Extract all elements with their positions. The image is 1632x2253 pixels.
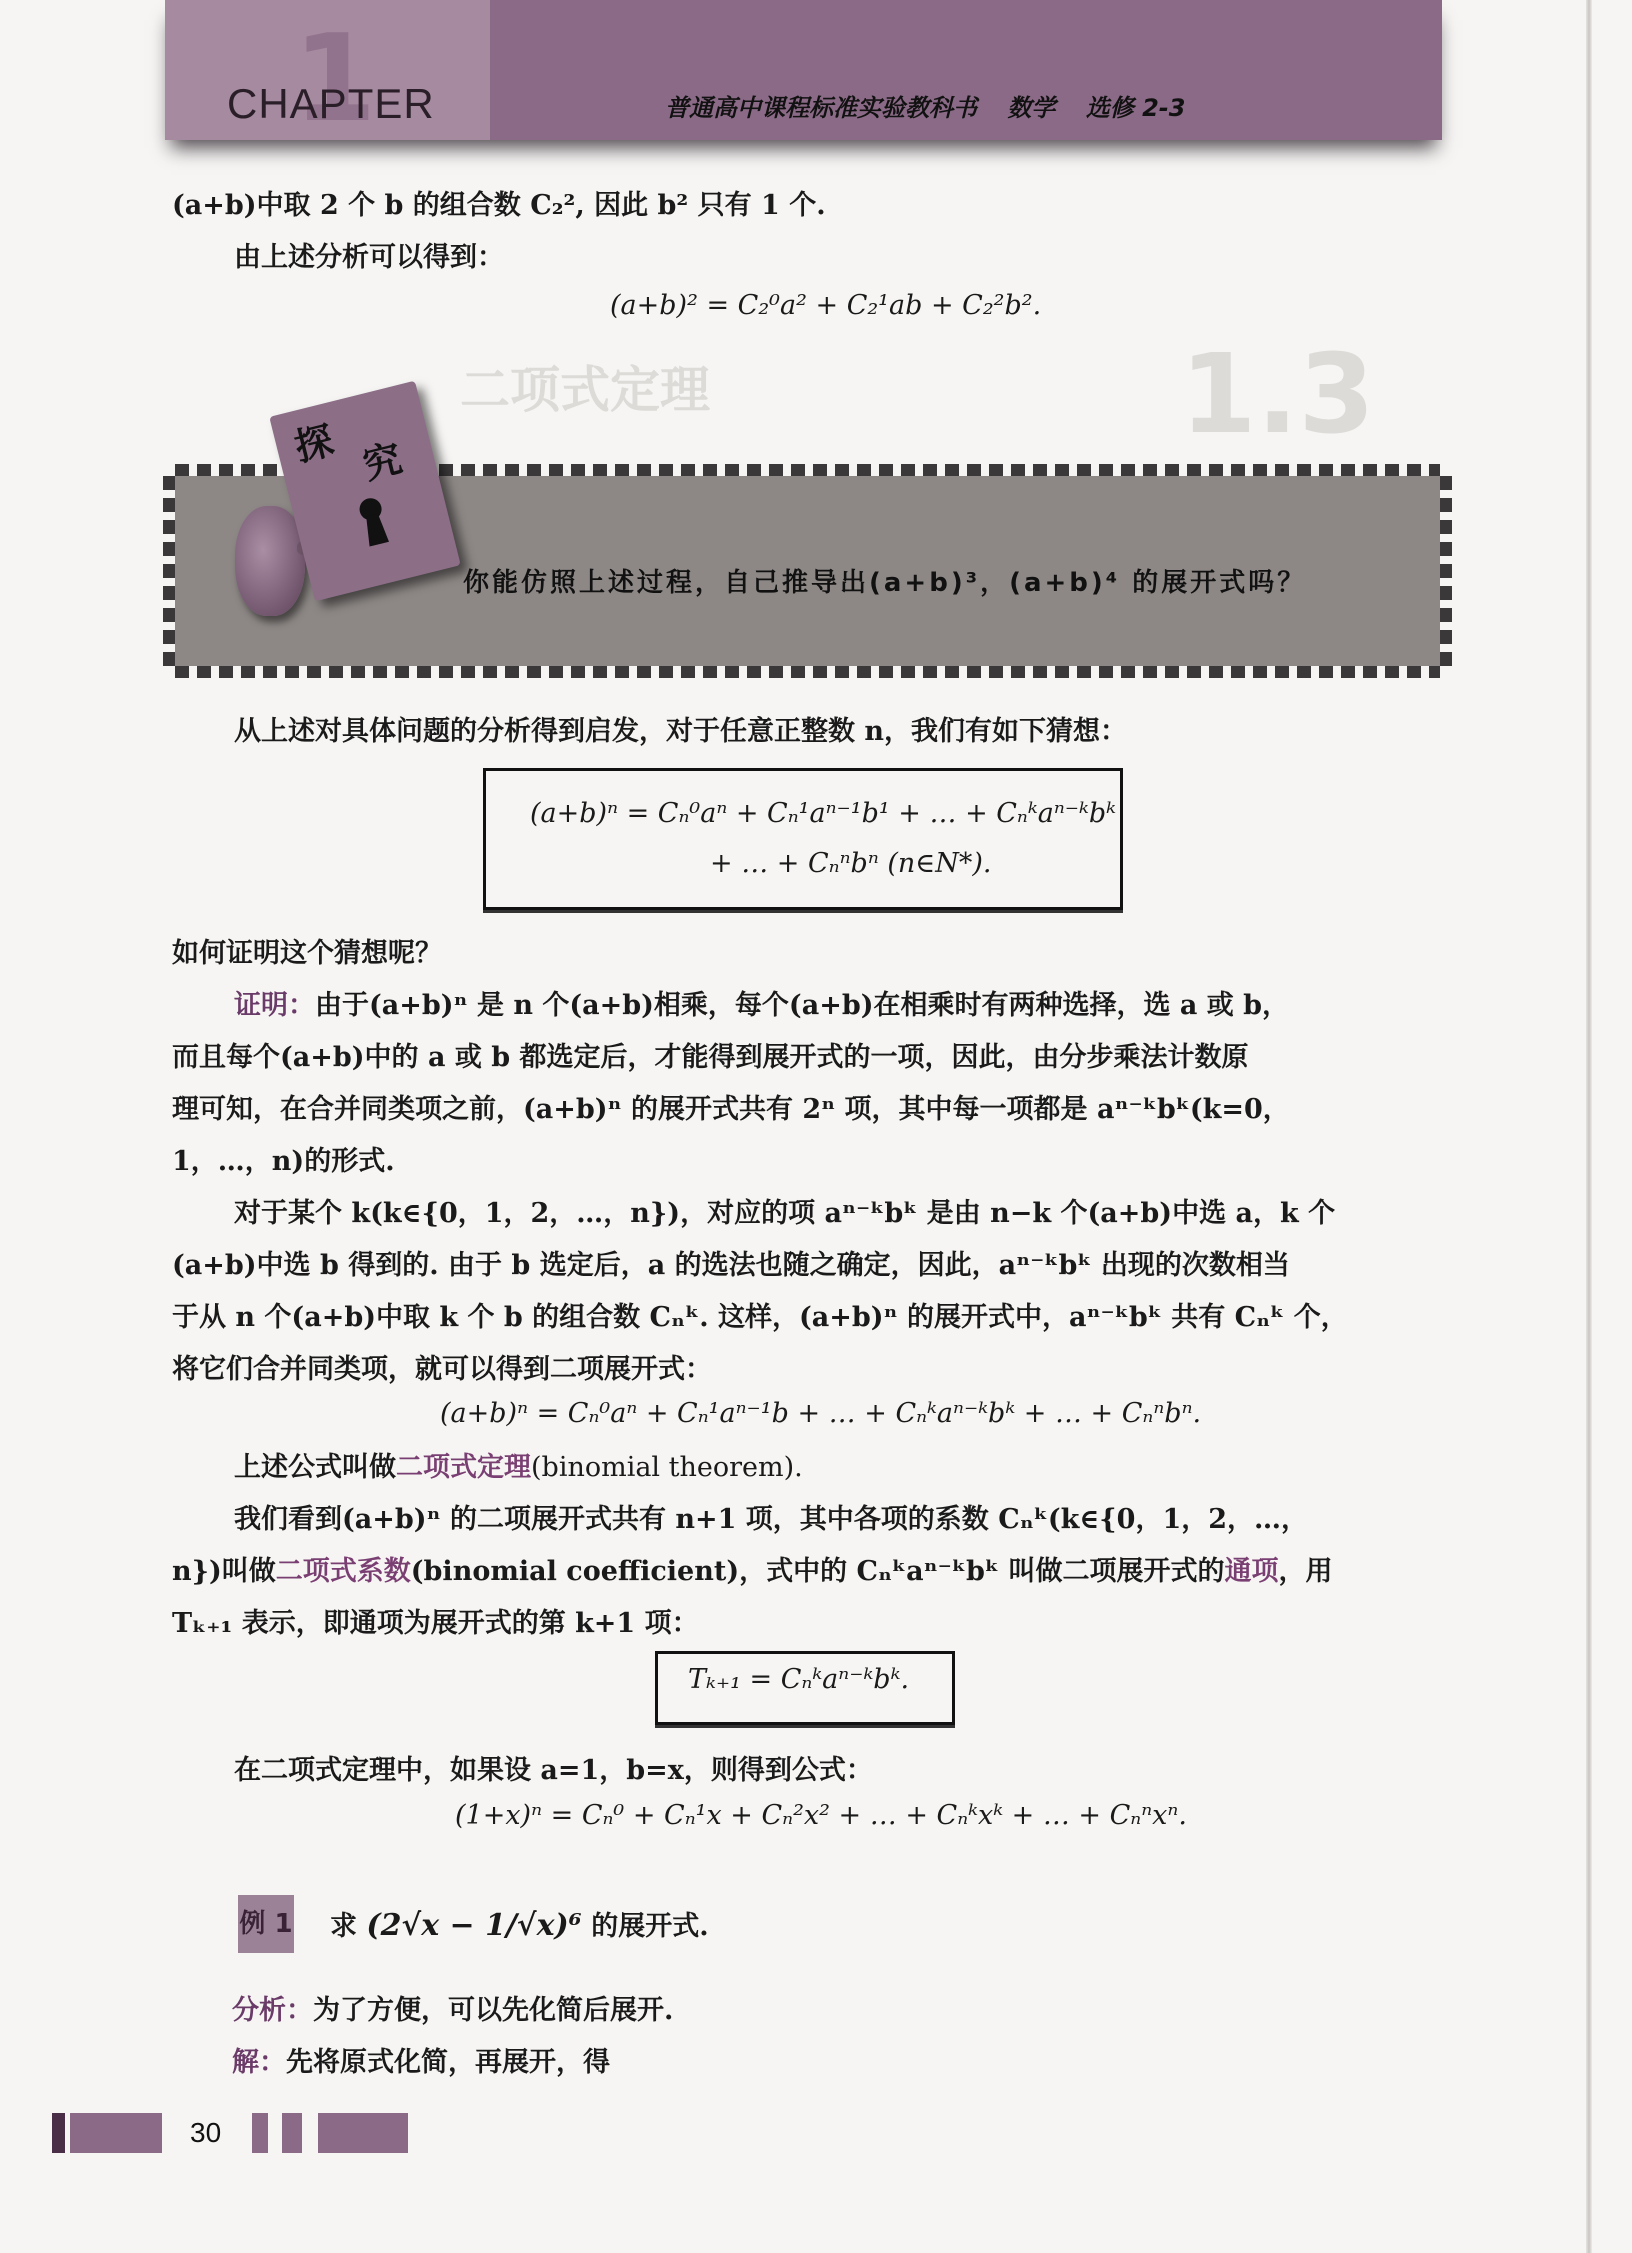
bleed-through-text: 二项式定理	[460, 350, 710, 422]
proof-line-7: 于从 n 个(a+b)中取 k 个 b 的组合数 Cₙᵏ. 这样，(a+b)ⁿ …	[172, 1292, 1348, 1344]
keyhole-icon	[354, 494, 393, 549]
proof-line-5: 对于某个 k(k∈{0，1，2，…，n})，对应的项 aⁿ⁻ᵏbᵏ 是由 n−k…	[172, 1188, 1335, 1240]
general-term-box: Tₖ₊₁ = Cₙᵏaⁿ⁻ᵏbᵏ.	[655, 1651, 955, 1725]
proof-line-8: 将它们合并同类项，就可以得到二项展开式：	[172, 1344, 712, 1396]
book-subject: 数学	[1007, 94, 1055, 122]
proof-line-3: 理可知，在合并同类项之前，(a+b)ⁿ 的展开式共有 2ⁿ 项，其中每一项都是 …	[172, 1084, 1290, 1136]
proof-question: 如何证明这个猜想呢？	[172, 928, 442, 980]
book-series: 普通高中课程标准实验教科书	[665, 94, 977, 122]
conjecture-formula-line-2: + … + Cₙⁿbⁿ (n∈N*).	[530, 839, 1120, 889]
chapter-label: CHAPTER	[227, 80, 435, 128]
footer-bar	[252, 2113, 268, 2153]
explore-badge-char-1: 探	[288, 409, 338, 472]
footer-bar	[282, 2113, 302, 2153]
page-number: 30	[190, 2117, 221, 2149]
general-term-formula: Tₖ₊₁ = Cₙᵏaⁿ⁻ᵏbᵏ.	[688, 1664, 952, 1695]
footer-bar	[70, 2113, 162, 2153]
chapter-header: 1 CHAPTER 普通高中课程标准实验教科书 数学 选修 2-3	[165, 0, 1442, 140]
proof-line-6: (a+b)中选 b 得到的. 由于 b 选定后，a 的选法也随之确定，因此，aⁿ…	[172, 1240, 1290, 1292]
explore-badge-char-2: 究	[357, 427, 407, 490]
example-prompt: 求 (2√x − 1/√x)⁶ 的展开式.	[330, 1900, 709, 1953]
explore-box: 探 究 你能仿照上述过程，自己推导出(a+b)³，(a+b)⁴ 的展开式吗？	[175, 476, 1440, 666]
book-volume: 选修 2-3	[1086, 94, 1186, 122]
intro-formula: (a+b)² = C₂⁰a² + C₂¹ab + C₂²b².	[610, 290, 1041, 321]
term-binomial-theorem: 二项式定理	[396, 1452, 531, 1483]
coefficient-line-3: Tₖ₊₁ 表示，即通项为展开式的第 k+1 项：	[172, 1598, 699, 1650]
key-icon	[235, 506, 305, 616]
term-general-term: 通项	[1224, 1556, 1278, 1587]
term-binomial-coefficient: 二项式系数	[276, 1556, 411, 1587]
book-title: 普通高中课程标准实验教科书 数学 选修 2-3	[665, 88, 1207, 123]
coefficient-line-1: 我们看到(a+b)ⁿ 的二项展开式共有 n+1 项，其中各项的系数 Cₙᵏ(k∈…	[172, 1494, 1308, 1546]
chapter-tab: 1 CHAPTER	[165, 0, 490, 140]
analysis-line: 分析：为了方便，可以先化简后展开.	[232, 1985, 673, 2037]
solution-line: 解：先将原式化简，再展开，得	[232, 2037, 610, 2089]
special-case-formula: (1+x)ⁿ = Cₙ⁰ + Cₙ¹x + Cₙ²x² + … + Cₙᵏxᵏ …	[455, 1800, 1187, 1831]
footer-bar	[52, 2113, 65, 2153]
conjecture-lead: 从上述对具体问题的分析得到启发，对于任意正整数 n，我们有如下猜想：	[172, 706, 1127, 758]
theorem-line: 上述公式叫做二项式定理(binomial theorem).	[172, 1442, 803, 1494]
solution-label: 解：	[232, 2047, 286, 2078]
bleed-through-text: 1.3	[1180, 330, 1375, 458]
analysis-label: 分析：	[232, 1995, 313, 2026]
proof-label: 证明：	[234, 990, 315, 1021]
conjecture-box: (a+b)ⁿ = Cₙ⁰aⁿ + Cₙ¹aⁿ⁻¹b¹ + … + Cₙᵏaⁿ⁻ᵏ…	[483, 768, 1123, 910]
footer-bar	[318, 2113, 408, 2153]
explore-question: 你能仿照上述过程，自己推导出(a+b)³，(a+b)⁴ 的展开式吗？	[463, 562, 1306, 599]
example-expression: (2√x − 1/√x)⁶	[366, 1908, 581, 1943]
coefficient-line-2: n})叫做二项式系数(binomial coefficient)，式中的 Cₙᵏ…	[172, 1546, 1332, 1598]
example-tag: 例 1	[238, 1895, 294, 1953]
binomial-formula: (a+b)ⁿ = Cₙ⁰aⁿ + Cₙ¹aⁿ⁻¹b + … + Cₙᵏaⁿ⁻ᵏb…	[440, 1398, 1201, 1429]
conjecture-formula-line-1: (a+b)ⁿ = Cₙ⁰aⁿ + Cₙ¹aⁿ⁻¹b¹ + … + Cₙᵏaⁿ⁻ᵏ…	[530, 789, 1120, 839]
proof-line-4: 1，…，n)的形式.	[172, 1136, 395, 1188]
proof-line-2: 而且每个(a+b)中的 a 或 b 都选定后，才能得到展开式的一项，因此，由分步…	[172, 1032, 1249, 1084]
intro-line-1: (a+b)中取 2 个 b 的组合数 C₂², 因此 b² 只有 1 个.	[172, 180, 826, 232]
special-case-lead: 在二项式定理中，如果设 a=1，b=x，则得到公式：	[172, 1745, 873, 1797]
intro-line-2: 由上述分析可以得到：	[172, 232, 504, 284]
proof-line-1: 证明：由于(a+b)ⁿ 是 n 个(a+b)相乘，每个(a+b)在相乘时有两种选…	[172, 980, 1289, 1032]
page-edge	[1586, 0, 1592, 2253]
